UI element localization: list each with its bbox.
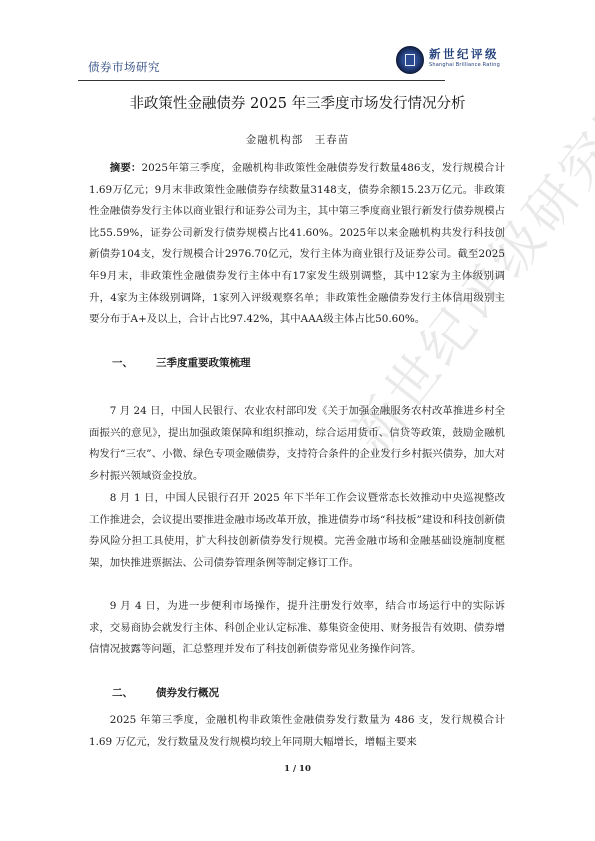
section-heading-text: 债券发行概况 [156, 687, 219, 699]
page-header: 债券市场研究 [78, 45, 445, 81]
policy-paragraph-2: 8 月 1 日，中国人民银行召开 2025 年下半年工作会议暨常态长效推动中央巡… [89, 488, 505, 574]
section-heading-2: 二、债券发行概况 [112, 685, 219, 700]
abstract-text: 2025年第三季度，金融机构非政策性金融债券发行数量486支，发行规模合计1.6… [89, 162, 505, 325]
logo-chinese-name: 新世纪评级 [429, 46, 499, 62]
section-number: 二、 [112, 685, 156, 700]
section-heading-1: 一、三季度重要政策梳理 [112, 355, 251, 370]
policy-paragraph-1: 7 月 24 日，中国人民银行、农业农村部印发《关于加强金融服务农村改革推进乡村… [89, 401, 505, 487]
issuance-paragraph-1: 2025 年第三季度，金融机构非政策性金融债券发行数量为 486 支，发行规模合… [89, 710, 505, 753]
document-title: 非政策性金融债券 2025 年三季度市场发行情况分析 [0, 92, 595, 113]
section-number: 一、 [112, 355, 156, 370]
brand-logo: 新世纪评级 Shanghai Brilliance Rating [396, 44, 526, 74]
page-number: 1 / 10 [0, 764, 595, 774]
abstract-paragraph: 摘要：2025年第三季度，金融机构非政策性金融债券发行数量486支，发行规模合计… [89, 158, 505, 331]
document-author: 金融机构部 王春苗 [0, 132, 595, 147]
logo-english-name: Shanghai Brilliance Rating [429, 62, 500, 68]
policy-paragraph-3: 9 月 4 日，为进一步便利市场操作，提升注册发行效率，结合市场运行中的实际诉求… [89, 596, 505, 661]
logo-emblem-icon [396, 46, 424, 74]
header-section-title: 债券市场研究 [88, 59, 160, 75]
header-divider [78, 80, 445, 81]
abstract-label: 摘要： [110, 162, 142, 174]
section-heading-text: 三季度重要政策梳理 [156, 357, 251, 369]
